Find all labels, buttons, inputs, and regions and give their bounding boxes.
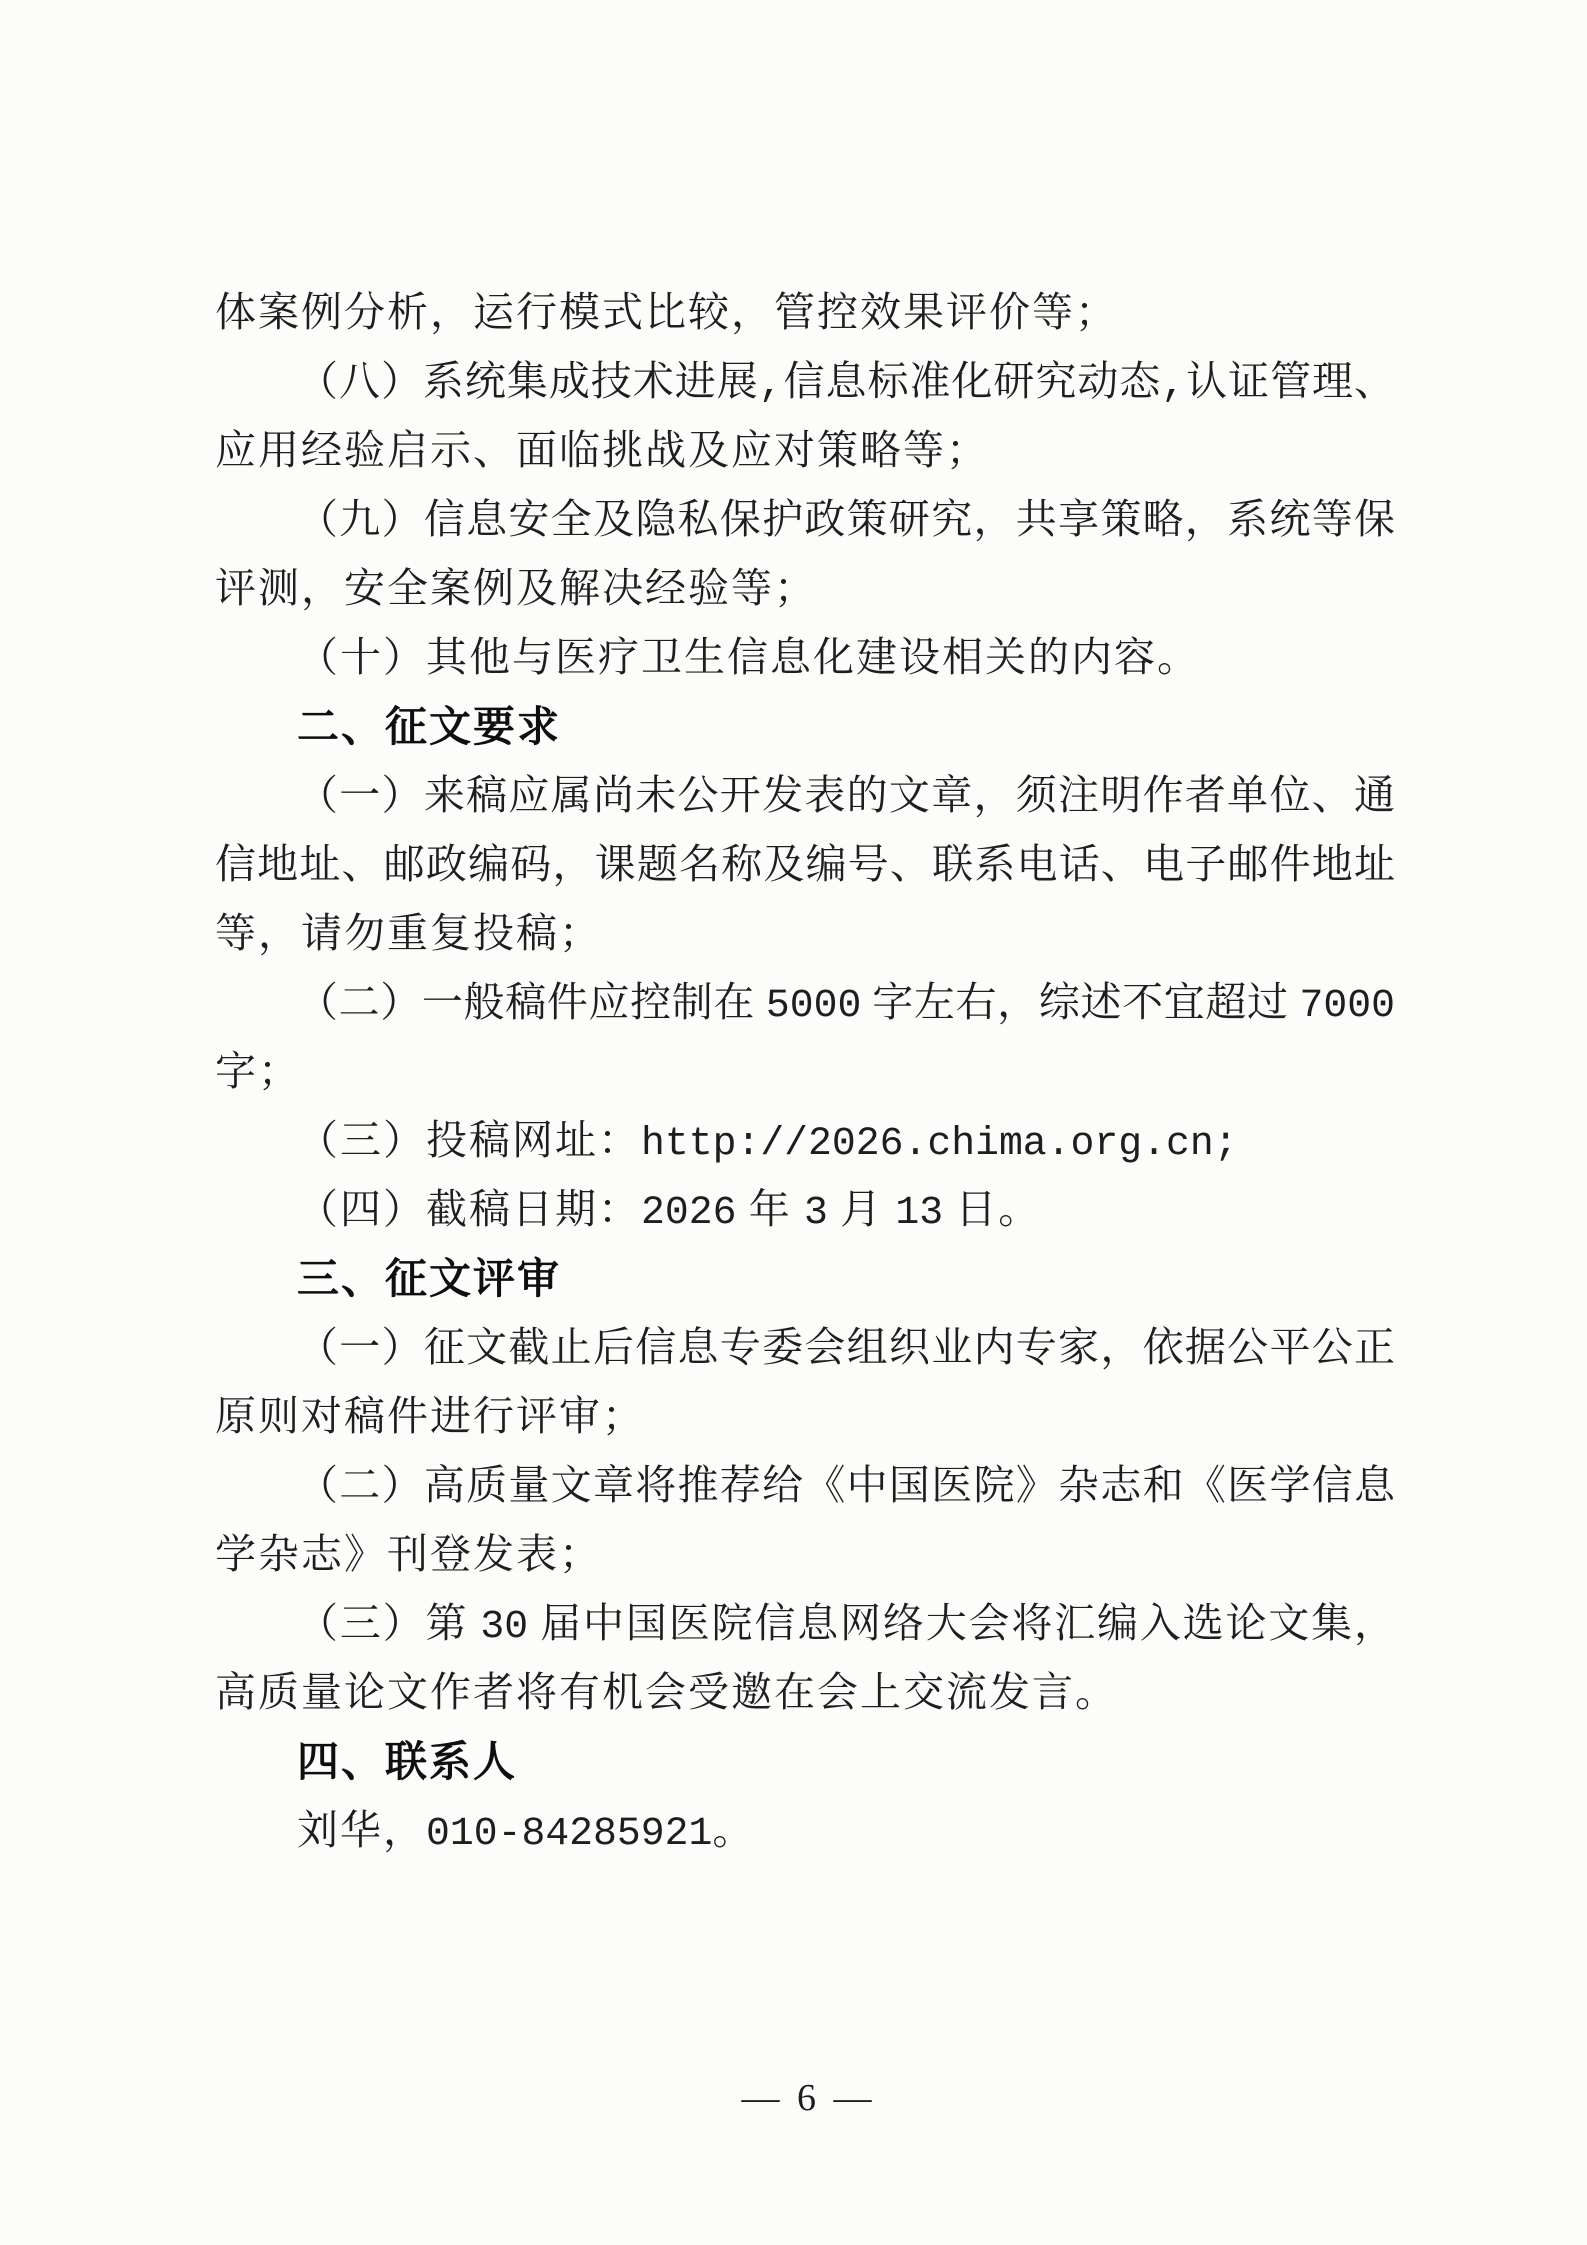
scanned-document-page: 体案例分析，运行模式比较，管控效果评价等；（八）系统集成技术进展,信息标准化研究… bbox=[0, 0, 1587, 2245]
text-line: 信地址、邮政编码，课题名称及编号、联系电话、电子邮件地址 bbox=[215, 830, 1395, 899]
text-line: 原则对稿件进行评审； bbox=[215, 1382, 1395, 1451]
text-line: 高质量论文作者将有机会受邀在会上交流发言。 bbox=[215, 1658, 1395, 1727]
text-line: 应用经验启示、面临挑战及应对策略等； bbox=[215, 416, 1395, 485]
text-line: （三）第 30 届中国医院信息网络大会将汇编入选论文集， bbox=[215, 1589, 1395, 1658]
latin-text: 13 bbox=[895, 1190, 943, 1235]
text-line: 体案例分析，运行模式比较，管控效果评价等； bbox=[215, 278, 1395, 347]
latin-text: 5000 bbox=[766, 983, 861, 1028]
text-line: （八）系统集成技术进展,信息标准化研究动态,认证管理、 bbox=[215, 347, 1395, 416]
latin-text: 7000 bbox=[1300, 983, 1395, 1028]
latin-text: http://2026.chima.org.cn; bbox=[641, 1121, 1238, 1166]
latin-text: 3 bbox=[804, 1190, 828, 1235]
latin-text: 010-84285921 bbox=[426, 1811, 712, 1856]
document-body: 体案例分析，运行模式比较，管控效果评价等；（八）系统集成技术进展,信息标准化研究… bbox=[215, 278, 1395, 1865]
text-line: （二）一般稿件应控制在 5000 字左右，综述不宜超过 7000 bbox=[215, 968, 1395, 1037]
text-line: （四）截稿日期：2026 年 3 月 13 日。 bbox=[215, 1175, 1395, 1244]
page-number: — 6 — bbox=[742, 2077, 876, 2119]
text-line: 学杂志》刊登发表； bbox=[215, 1520, 1395, 1589]
page-footer: — 6 — bbox=[0, 2076, 1587, 2120]
text-line: （一）征文截止后信息专委会组织业内专家，依据公平公正 bbox=[215, 1313, 1395, 1382]
latin-text: 2026 bbox=[641, 1190, 736, 1235]
text-line: 等，请勿重复投稿； bbox=[215, 899, 1395, 968]
text-line: （三）投稿网址：http://2026.chima.org.cn; bbox=[215, 1106, 1395, 1175]
text-line: 字； bbox=[215, 1037, 1395, 1106]
latin-text: 30 bbox=[480, 1604, 528, 1649]
text-line: （十）其他与医疗卫生信息化建设相关的内容。 bbox=[215, 623, 1395, 692]
text-line: （二）高质量文章将推荐给《中国医院》杂志和《医学信息 bbox=[215, 1451, 1395, 1520]
text-line: （一）来稿应属尚未公开发表的文章，须注明作者单位、通 bbox=[215, 761, 1395, 830]
text-line: （九）信息安全及隐私保护政策研究，共享策略，系统等保 bbox=[215, 485, 1395, 554]
section-heading: 四、联系人 bbox=[215, 1727, 1395, 1796]
section-heading: 三、征文评审 bbox=[215, 1244, 1395, 1313]
text-line: 评测，安全案例及解决经验等； bbox=[215, 554, 1395, 623]
latin-text: , bbox=[1161, 362, 1185, 407]
text-line: 刘华，010-84285921。 bbox=[215, 1796, 1395, 1865]
latin-text: , bbox=[759, 362, 783, 407]
section-heading: 二、征文要求 bbox=[215, 692, 1395, 761]
